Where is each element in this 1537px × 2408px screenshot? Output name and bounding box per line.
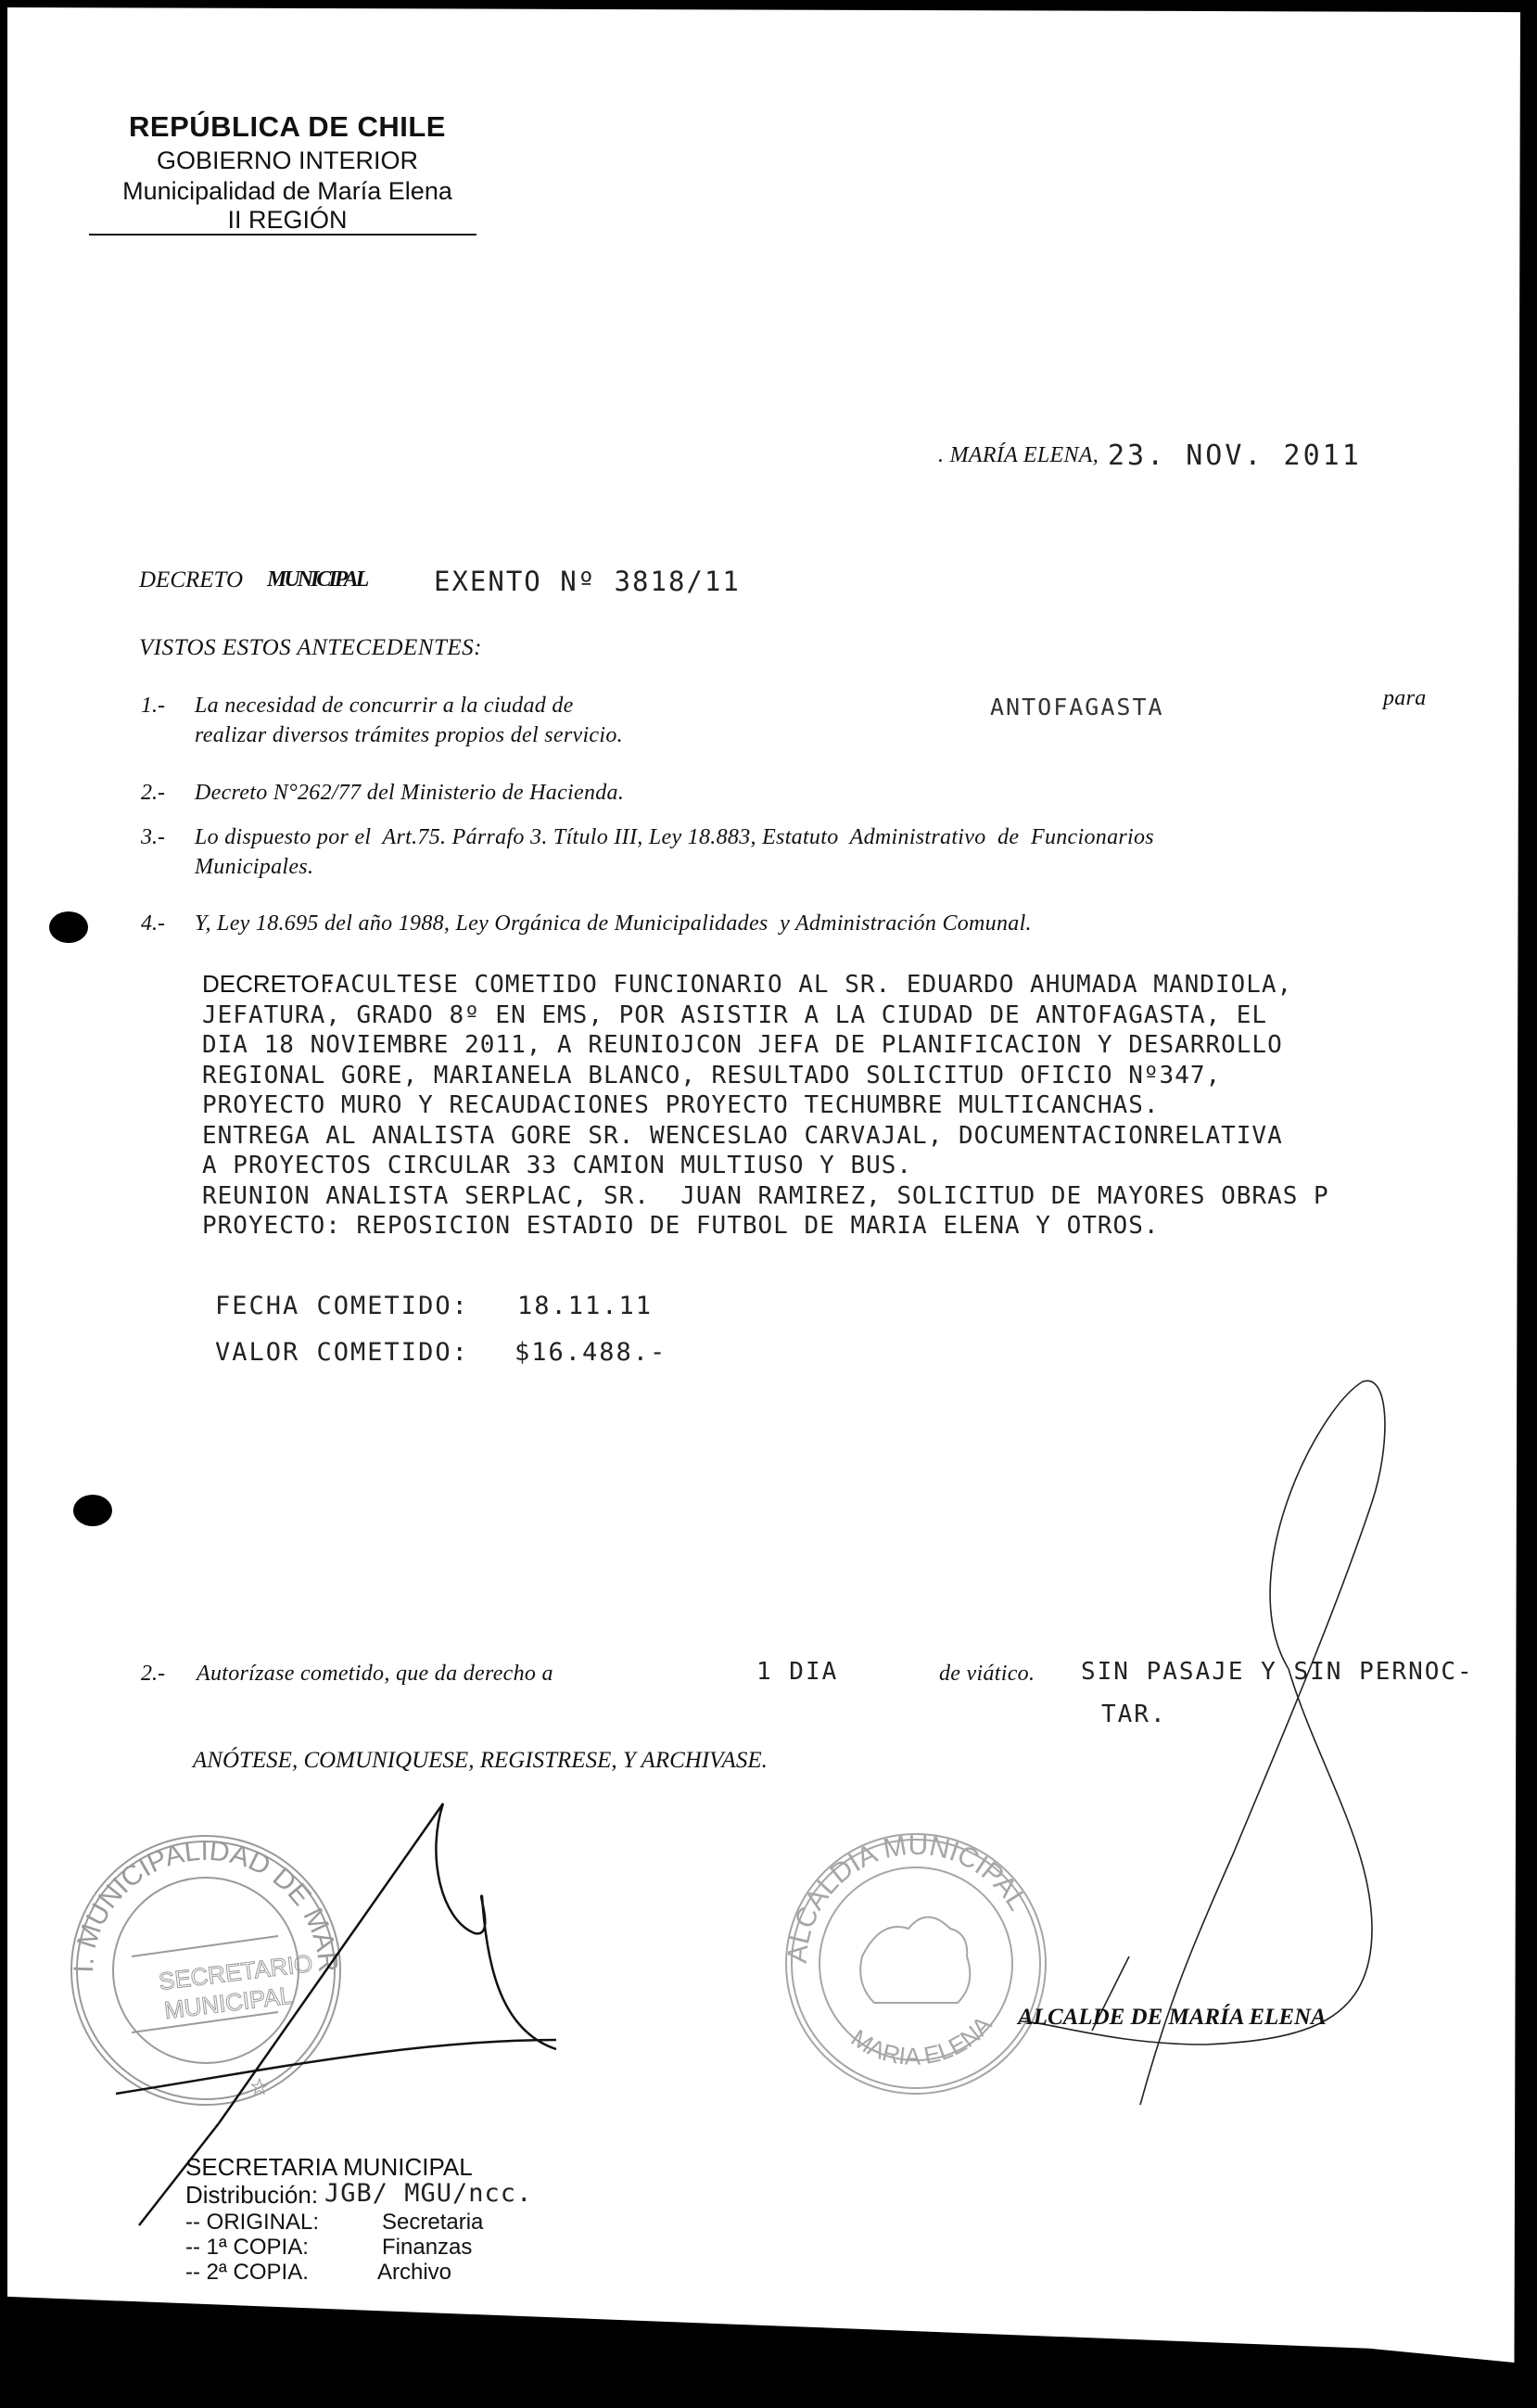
autorizase-days: 1 DIA	[756, 1658, 838, 1686]
visto-text: Decreto N°262/77 del Ministerio de Hacie…	[195, 781, 624, 806]
visto-trailing: para	[1383, 686, 1427, 711]
visto-text: La necesidad de concurrir a la ciudad de	[195, 694, 574, 719]
letterhead-government: GOBIERNO INTERIOR	[93, 147, 482, 174]
decreto-line: ENTREGA AL ANALISTA GORE SR. WENCESLAO C…	[202, 1121, 1283, 1151]
fecha-value: 18.11.11	[517, 1292, 653, 1320]
vistos-title: VISTOS ESTOS ANTECEDENTES:	[139, 635, 482, 661]
copy-label: -- 1ª COPIA:	[185, 2235, 309, 2261]
visto-number: 4.-	[141, 911, 165, 936]
letterhead-municipality: Municipalidad de María Elena	[93, 177, 482, 205]
letterhead-region: II REGIÓN	[93, 206, 482, 234]
closing-formula: ANÓTESE, COMUNIQUESE, REGISTRESE, Y ARCH…	[193, 1748, 768, 1774]
decreto-line: REUNION ANALISTA SERPLAC, SR. JUAN RAMIR…	[202, 1181, 1329, 1211]
decree-struck-word: MUNICIPAL	[267, 567, 366, 592]
copy-label: -- ORIGINAL:	[185, 2210, 319, 2236]
valor-value: $16.488.-	[514, 1338, 667, 1367]
alcalde-title: ALCALDE DE MARÍA ELENA	[1018, 2005, 1327, 2031]
visto-text: realizar diversos trámites propios del s…	[195, 723, 623, 748]
decree-prefix: DECRETO	[139, 567, 243, 593]
decreto-line: PROYECTO: REPOSICION ESTADIO DE FUTBOL D…	[202, 1211, 1160, 1241]
distribucion-value: JGB/ MGU/ncc.	[324, 2179, 532, 2208]
footer-office: SECRETARIA MUNICIPAL	[185, 2153, 473, 2182]
visto-city: ANTOFAGASTA	[990, 694, 1164, 720]
autorizase-text: Autorízase cometido, que da derecho a	[197, 1662, 553, 1687]
copy-destination: Secretaria	[382, 2210, 483, 2236]
decree-number: EXENTO Nº 3818/11	[434, 566, 741, 597]
copy-destination: Finanzas	[382, 2235, 472, 2261]
viatico-note: SIN PASAJE Y SIN PERNOC-	[1081, 1658, 1474, 1686]
copy-destination: Archivo	[377, 2260, 451, 2286]
visto-text: Municipales.	[195, 855, 313, 880]
copy-label: -- 2ª COPIA.	[185, 2260, 309, 2286]
valor-label: VALOR COMETIDO:	[215, 1338, 469, 1367]
decreto-line: DIA 18 NOVIEMBRE 2011, A REUNIOJCON JEFA…	[202, 1030, 1283, 1060]
visto-number: 2.-	[141, 781, 165, 806]
date-place: . MARÍA ELENA,	[938, 443, 1099, 468]
visto-text: Y, Ley 18.695 del año 1988, Ley Orgánica…	[195, 911, 1032, 936]
de-viatico-label: de viático.	[939, 1662, 1035, 1687]
letterhead-underline	[89, 234, 476, 236]
distribucion-label: Distribución:	[185, 2181, 318, 2210]
letterhead-country: REPÚBLICA DE CHILE	[93, 113, 482, 141]
visto-number: 1.-	[141, 694, 165, 719]
visto-text: Lo dispuesto por el Art.75. Párrafo 3. T…	[195, 825, 1154, 850]
punch-hole-bottom	[73, 1495, 112, 1526]
punch-hole-top	[49, 911, 88, 943]
decreto-line: FACULTESE COMETIDO FUNCIONARIO AL SR. ED…	[320, 970, 1292, 1000]
decreto-line: A PROYECTOS CIRCULAR 33 CAMION MULTIUSO …	[202, 1151, 912, 1180]
decreto-line: REGIONAL GORE, MARIANELA BLANCO, RESULTA…	[202, 1061, 1221, 1090]
autorizase-number: 2.-	[141, 1662, 165, 1687]
visto-number: 3.-	[141, 825, 165, 850]
decreto-line: JEFATURA, GRADO 8º EN EMS, POR ASISTIR A…	[202, 1000, 1267, 1030]
decreto-line: PROYECTO MURO Y RECAUDACIONES PROYECTO T…	[202, 1090, 1160, 1120]
decreto-label: DECRETO :	[202, 970, 333, 999]
date-value: 23. NOV. 2011	[1108, 440, 1362, 472]
viatico-note-cont: TAR.	[1101, 1701, 1167, 1728]
fecha-label: FECHA COMETIDO:	[215, 1292, 469, 1320]
